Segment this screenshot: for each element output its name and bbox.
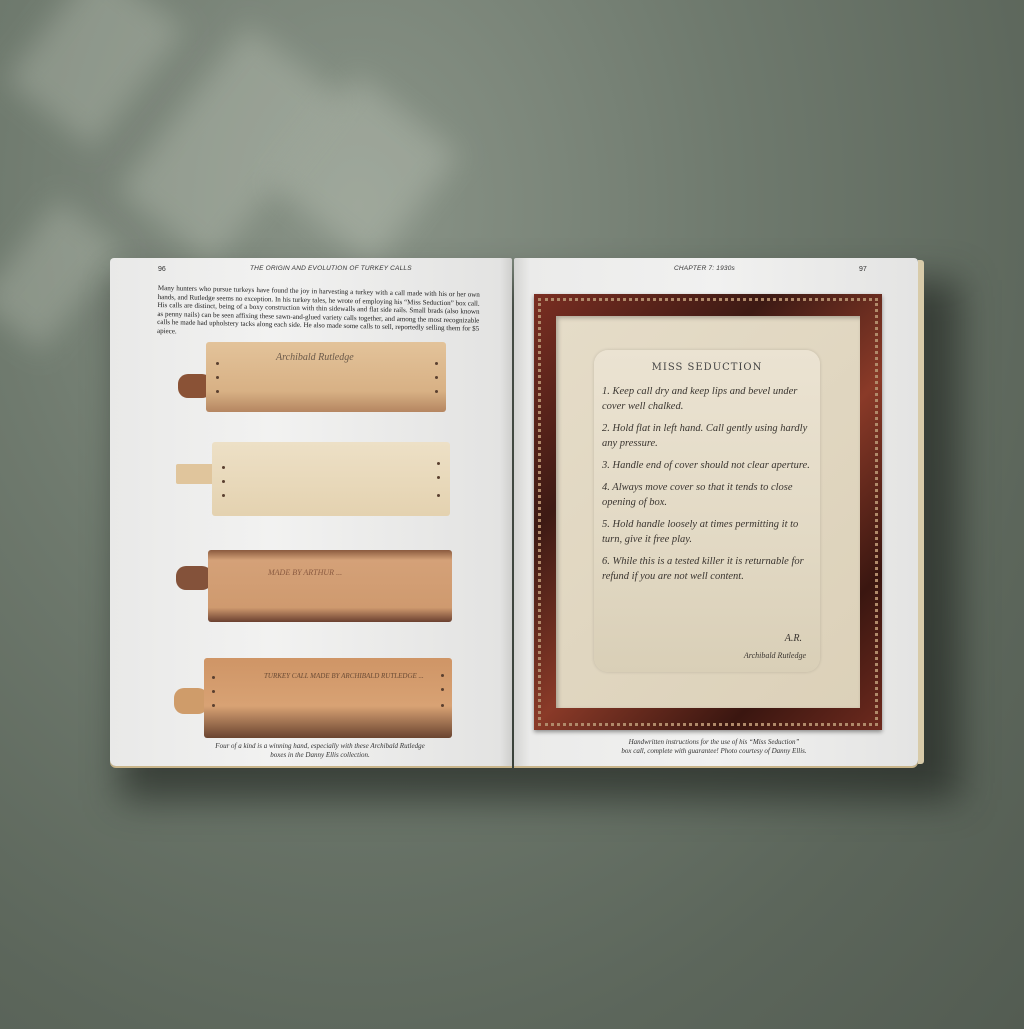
caption-line: boxes in the Danny Ellis collection. — [150, 751, 490, 760]
right-page: CHAPTER 7: 1930s 97 MISS SEDUCTION 1. Ke… — [514, 258, 918, 766]
note-signature: Archibald Rutledge — [744, 651, 806, 660]
left-page: 96 THE ORIGIN AND EVOLUTION OF TURKEY CA… — [110, 258, 512, 766]
note-item: 5. Hold handle loosely at times permitti… — [602, 517, 814, 547]
handwritten-note: MISS SEDUCTION 1. Keep call dry and keep… — [594, 350, 820, 672]
call-inscription: TURKEY CALL MADE BY ARCHIBALD RUTLEDGE .… — [264, 672, 434, 680]
photo-caption: Handwritten instructions for the use of … — [544, 738, 884, 756]
picture-frame: MISS SEDUCTION 1. Keep call dry and keep… — [534, 294, 882, 730]
call-inscription: MADE BY ARTHUR ... — [268, 568, 342, 577]
note-item: 6. While this is a tested killer it is r… — [602, 554, 814, 584]
window-light-patch — [0, 199, 122, 351]
caption-line: Four of a kind is a winning hand, especi… — [150, 742, 490, 751]
running-head: CHAPTER 7: 1930s — [674, 265, 735, 272]
call-handle — [174, 688, 208, 714]
page-number: 97 — [859, 266, 867, 273]
call-handle — [176, 464, 216, 484]
caption-line: Handwritten instructions for the use of … — [544, 738, 884, 747]
box-call-1: Archibald Rutledge — [206, 342, 446, 412]
note-item: 1. Keep call dry and keep lips and bevel… — [602, 384, 814, 414]
page-number: 96 — [158, 266, 166, 273]
running-head: THE ORIGIN AND EVOLUTION OF TURKEY CALLS — [250, 265, 412, 272]
box-call-3: MADE BY ARTHUR ... — [208, 550, 452, 622]
note-item: 4. Always move cover so that it tends to… — [602, 480, 814, 510]
open-book: 96 THE ORIGIN AND EVOLUTION OF TURKEY CA… — [110, 258, 918, 770]
frame-mat: MISS SEDUCTION 1. Keep call dry and keep… — [556, 316, 860, 708]
box-call-2 — [212, 442, 450, 516]
body-paragraph: Many hunters who pursue turkeys have fou… — [157, 284, 480, 342]
note-items: 1. Keep call dry and keep lips and bevel… — [602, 384, 814, 591]
window-light-patch — [5, 0, 184, 148]
note-initials: A.R. — [785, 633, 802, 644]
caption-line: box call, complete with guarantee! Photo… — [544, 747, 884, 756]
page-edge — [918, 260, 924, 764]
note-title: MISS SEDUCTION — [594, 362, 820, 373]
box-call-4: TURKEY CALL MADE BY ARCHIBALD RUTLEDGE .… — [204, 658, 452, 738]
note-item: 3. Handle end of cover should not clear … — [602, 458, 814, 473]
photo-caption: Four of a kind is a winning hand, especi… — [150, 742, 490, 760]
call-handle — [176, 566, 212, 590]
note-item: 2. Hold flat in left hand. Call gently u… — [602, 421, 814, 451]
call-inscription: Archibald Rutledge — [276, 352, 354, 363]
